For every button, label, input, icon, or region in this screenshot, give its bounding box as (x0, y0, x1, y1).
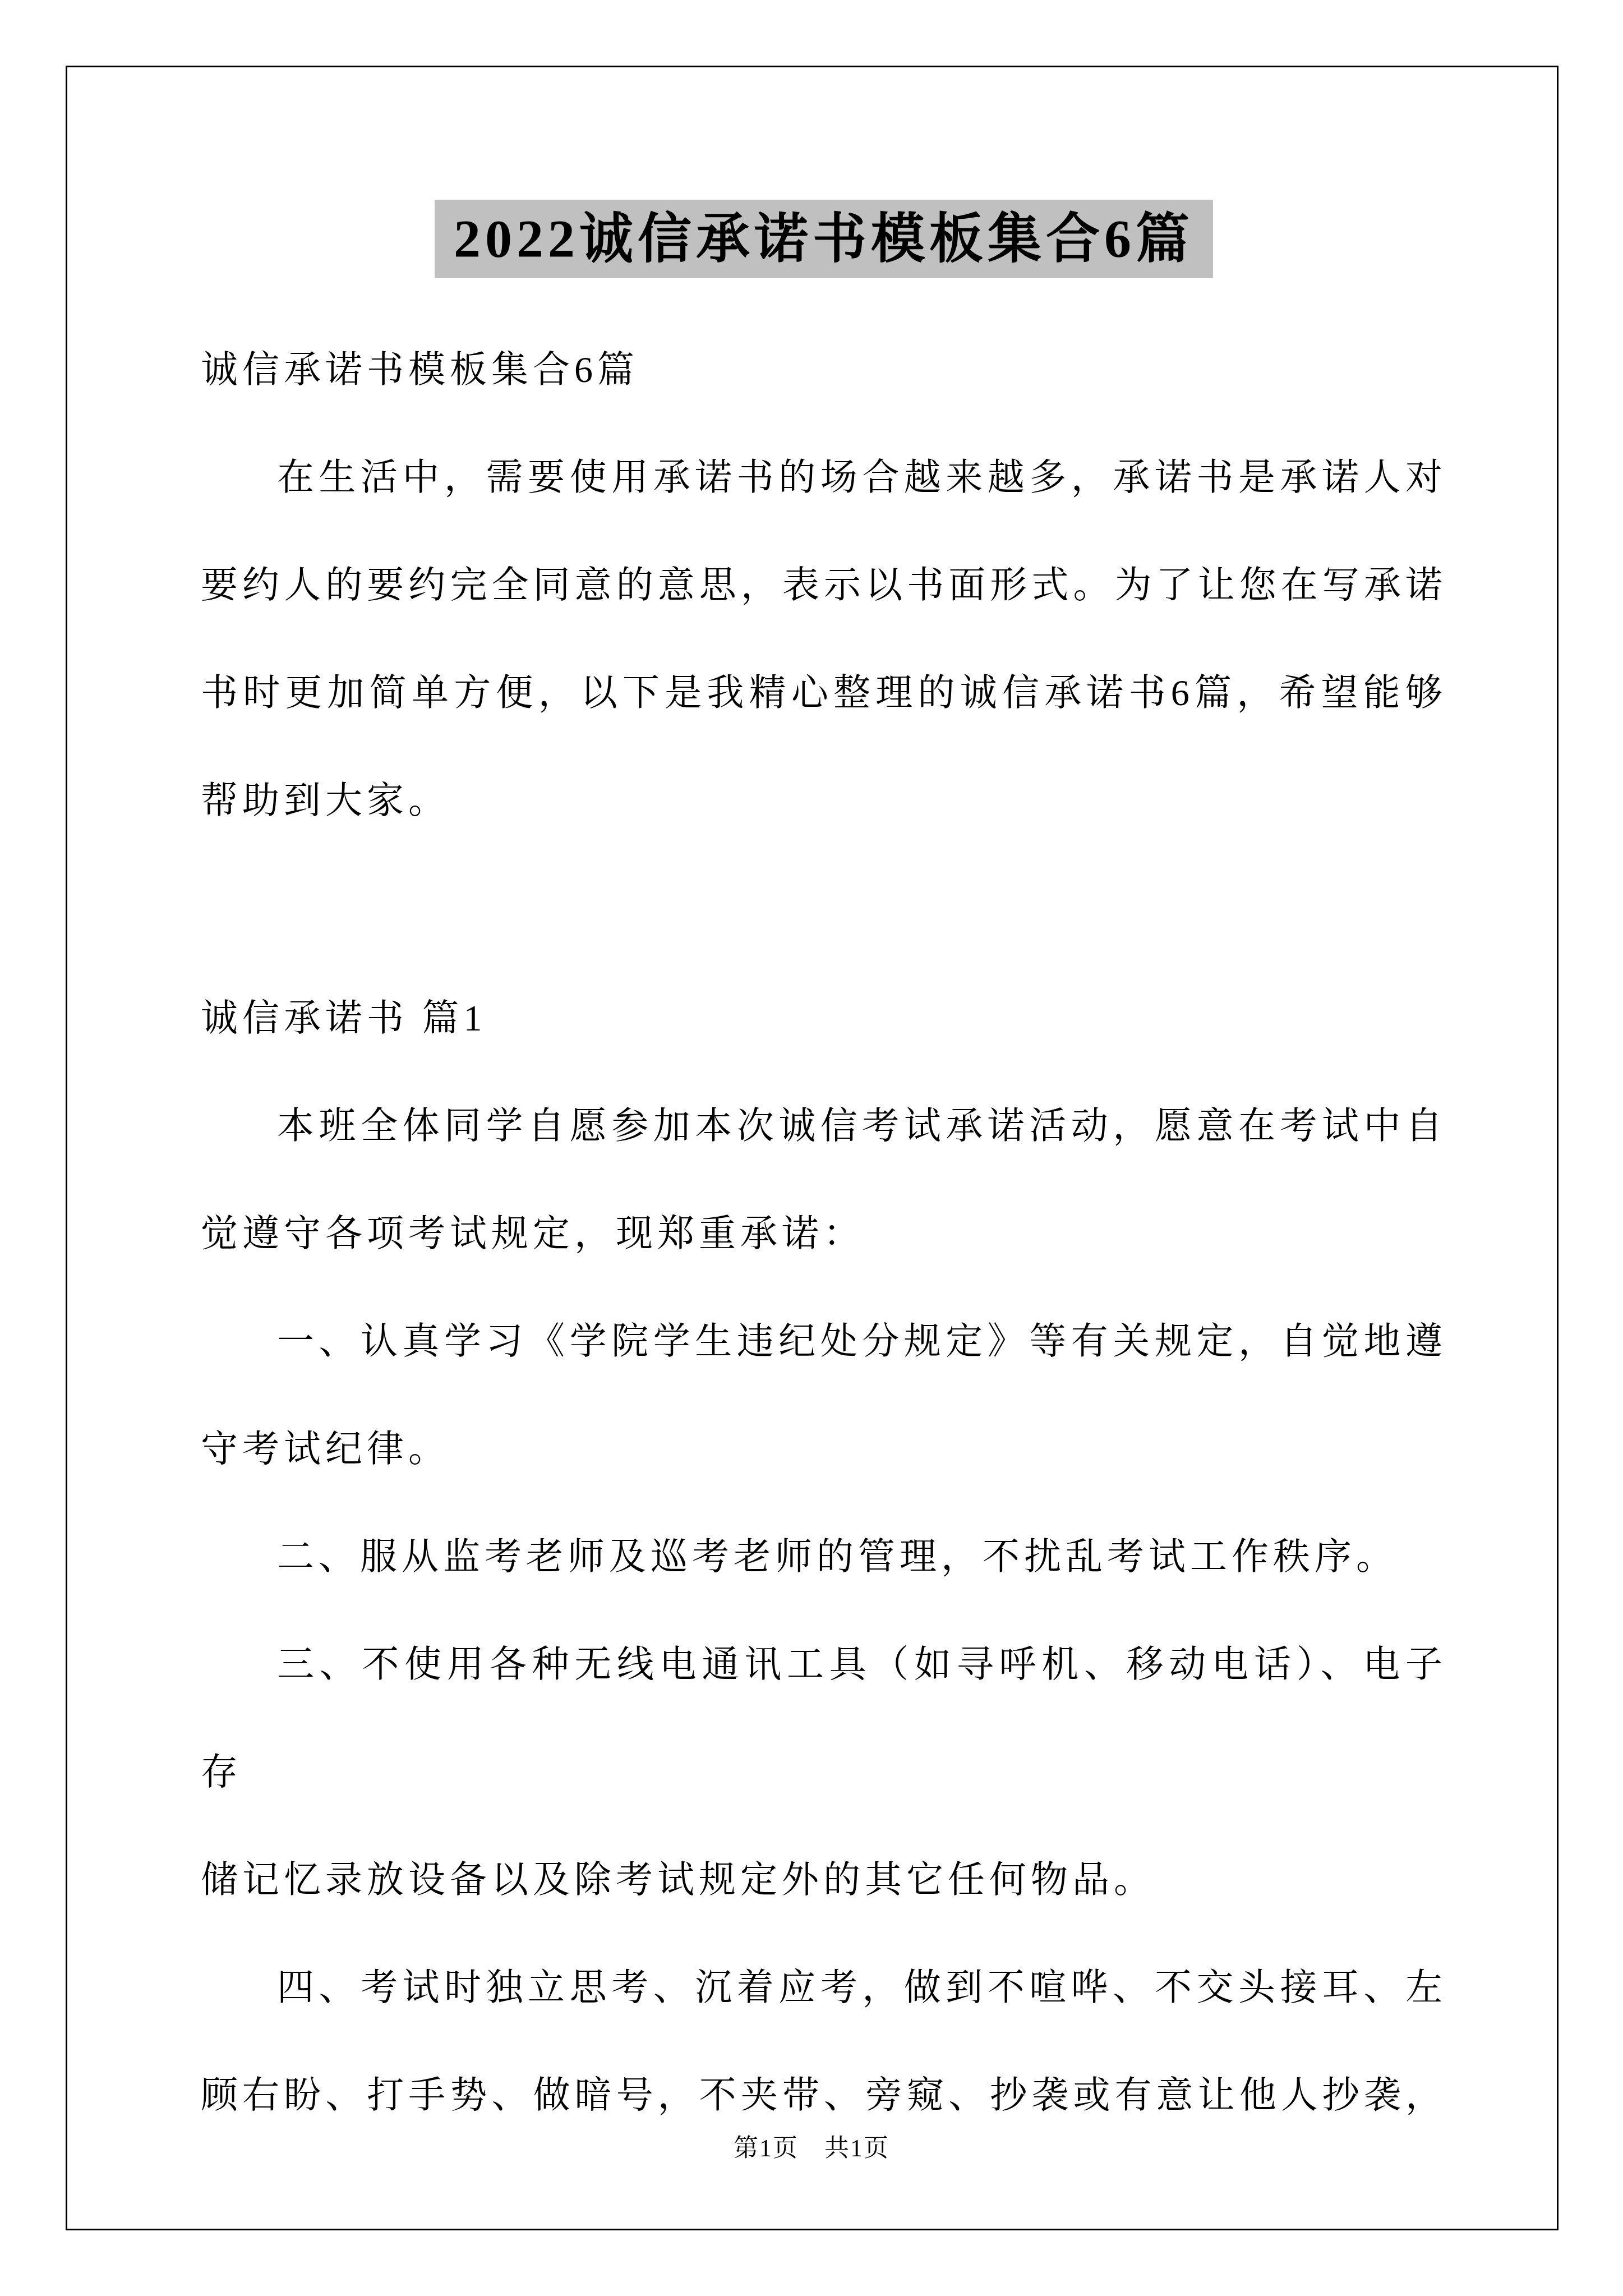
item-3-paragraph-line-1: 三、不使用各种无线电通讯工具（如寻呼机、移动电话）、电子存 (201, 1611, 1447, 1826)
page-footer: 第1页共1页 (0, 2131, 1623, 2166)
item-1-paragraph-line-2: 守考试纪律。 (201, 1396, 1447, 1503)
intro-paragraph-line-2: 要约人的要约完全同意的意思，表示以书面形式。为了让您在写承诺 (201, 532, 1447, 639)
item-3-paragraph-line-2: 储记忆录放设备以及除考试规定外的其它任何物品。 (201, 1826, 1447, 1934)
pledge-intro-paragraph-line-1: 本班全体同学自愿参加本次诚信考试承诺活动，愿意在考试中自 (201, 1073, 1447, 1180)
intro-paragraph-line-1: 在生活中，需要使用承诺书的场合越来越多，承诺书是承诺人对 (201, 424, 1447, 532)
page-content: 2022诚信承诺书模板集合6篇 诚信承诺书模板集合6篇在生活中，需要使用承诺书的… (201, 0, 1447, 2150)
document-body: 诚信承诺书模板集合6篇在生活中，需要使用承诺书的场合越来越多，承诺书是承诺人对要… (201, 316, 1447, 2150)
blank-line (201, 855, 1447, 965)
section-heading-line-1: 诚信承诺书 篇1 (201, 965, 1447, 1073)
pledge-intro-paragraph-line-2: 觉遵守各项考试规定，现郑重承诺： (201, 1180, 1447, 1288)
intro-paragraph-line-4: 帮助到大家。 (201, 747, 1447, 855)
footer-page-number: 第1页 (734, 2134, 799, 2162)
doc-subtitle-line-1: 诚信承诺书模板集合6篇 (201, 316, 1447, 424)
item-2-paragraph-line-1: 二、服从监考老师及巡考老师的管理，不扰乱考试工作秩序。 (201, 1503, 1447, 1611)
document-title: 2022诚信承诺书模板集合6篇 (435, 200, 1213, 278)
document-page: 2022诚信承诺书模板集合6篇 诚信承诺书模板集合6篇在生活中，需要使用承诺书的… (0, 0, 1623, 2296)
intro-paragraph-line-3: 书时更加简单方便，以下是我精心整理的诚信承诺书6篇，希望能够 (201, 639, 1447, 747)
item-4-paragraph-line-1: 四、考试时独立思考、沉着应考，做到不喧哗、不交头接耳、左 (201, 1934, 1447, 2042)
footer-page-total: 共1页 (824, 2134, 889, 2162)
item-1-paragraph-line-1: 一、认真学习《学院学生违纪处分规定》等有关规定，自觉地遵 (201, 1288, 1447, 1396)
